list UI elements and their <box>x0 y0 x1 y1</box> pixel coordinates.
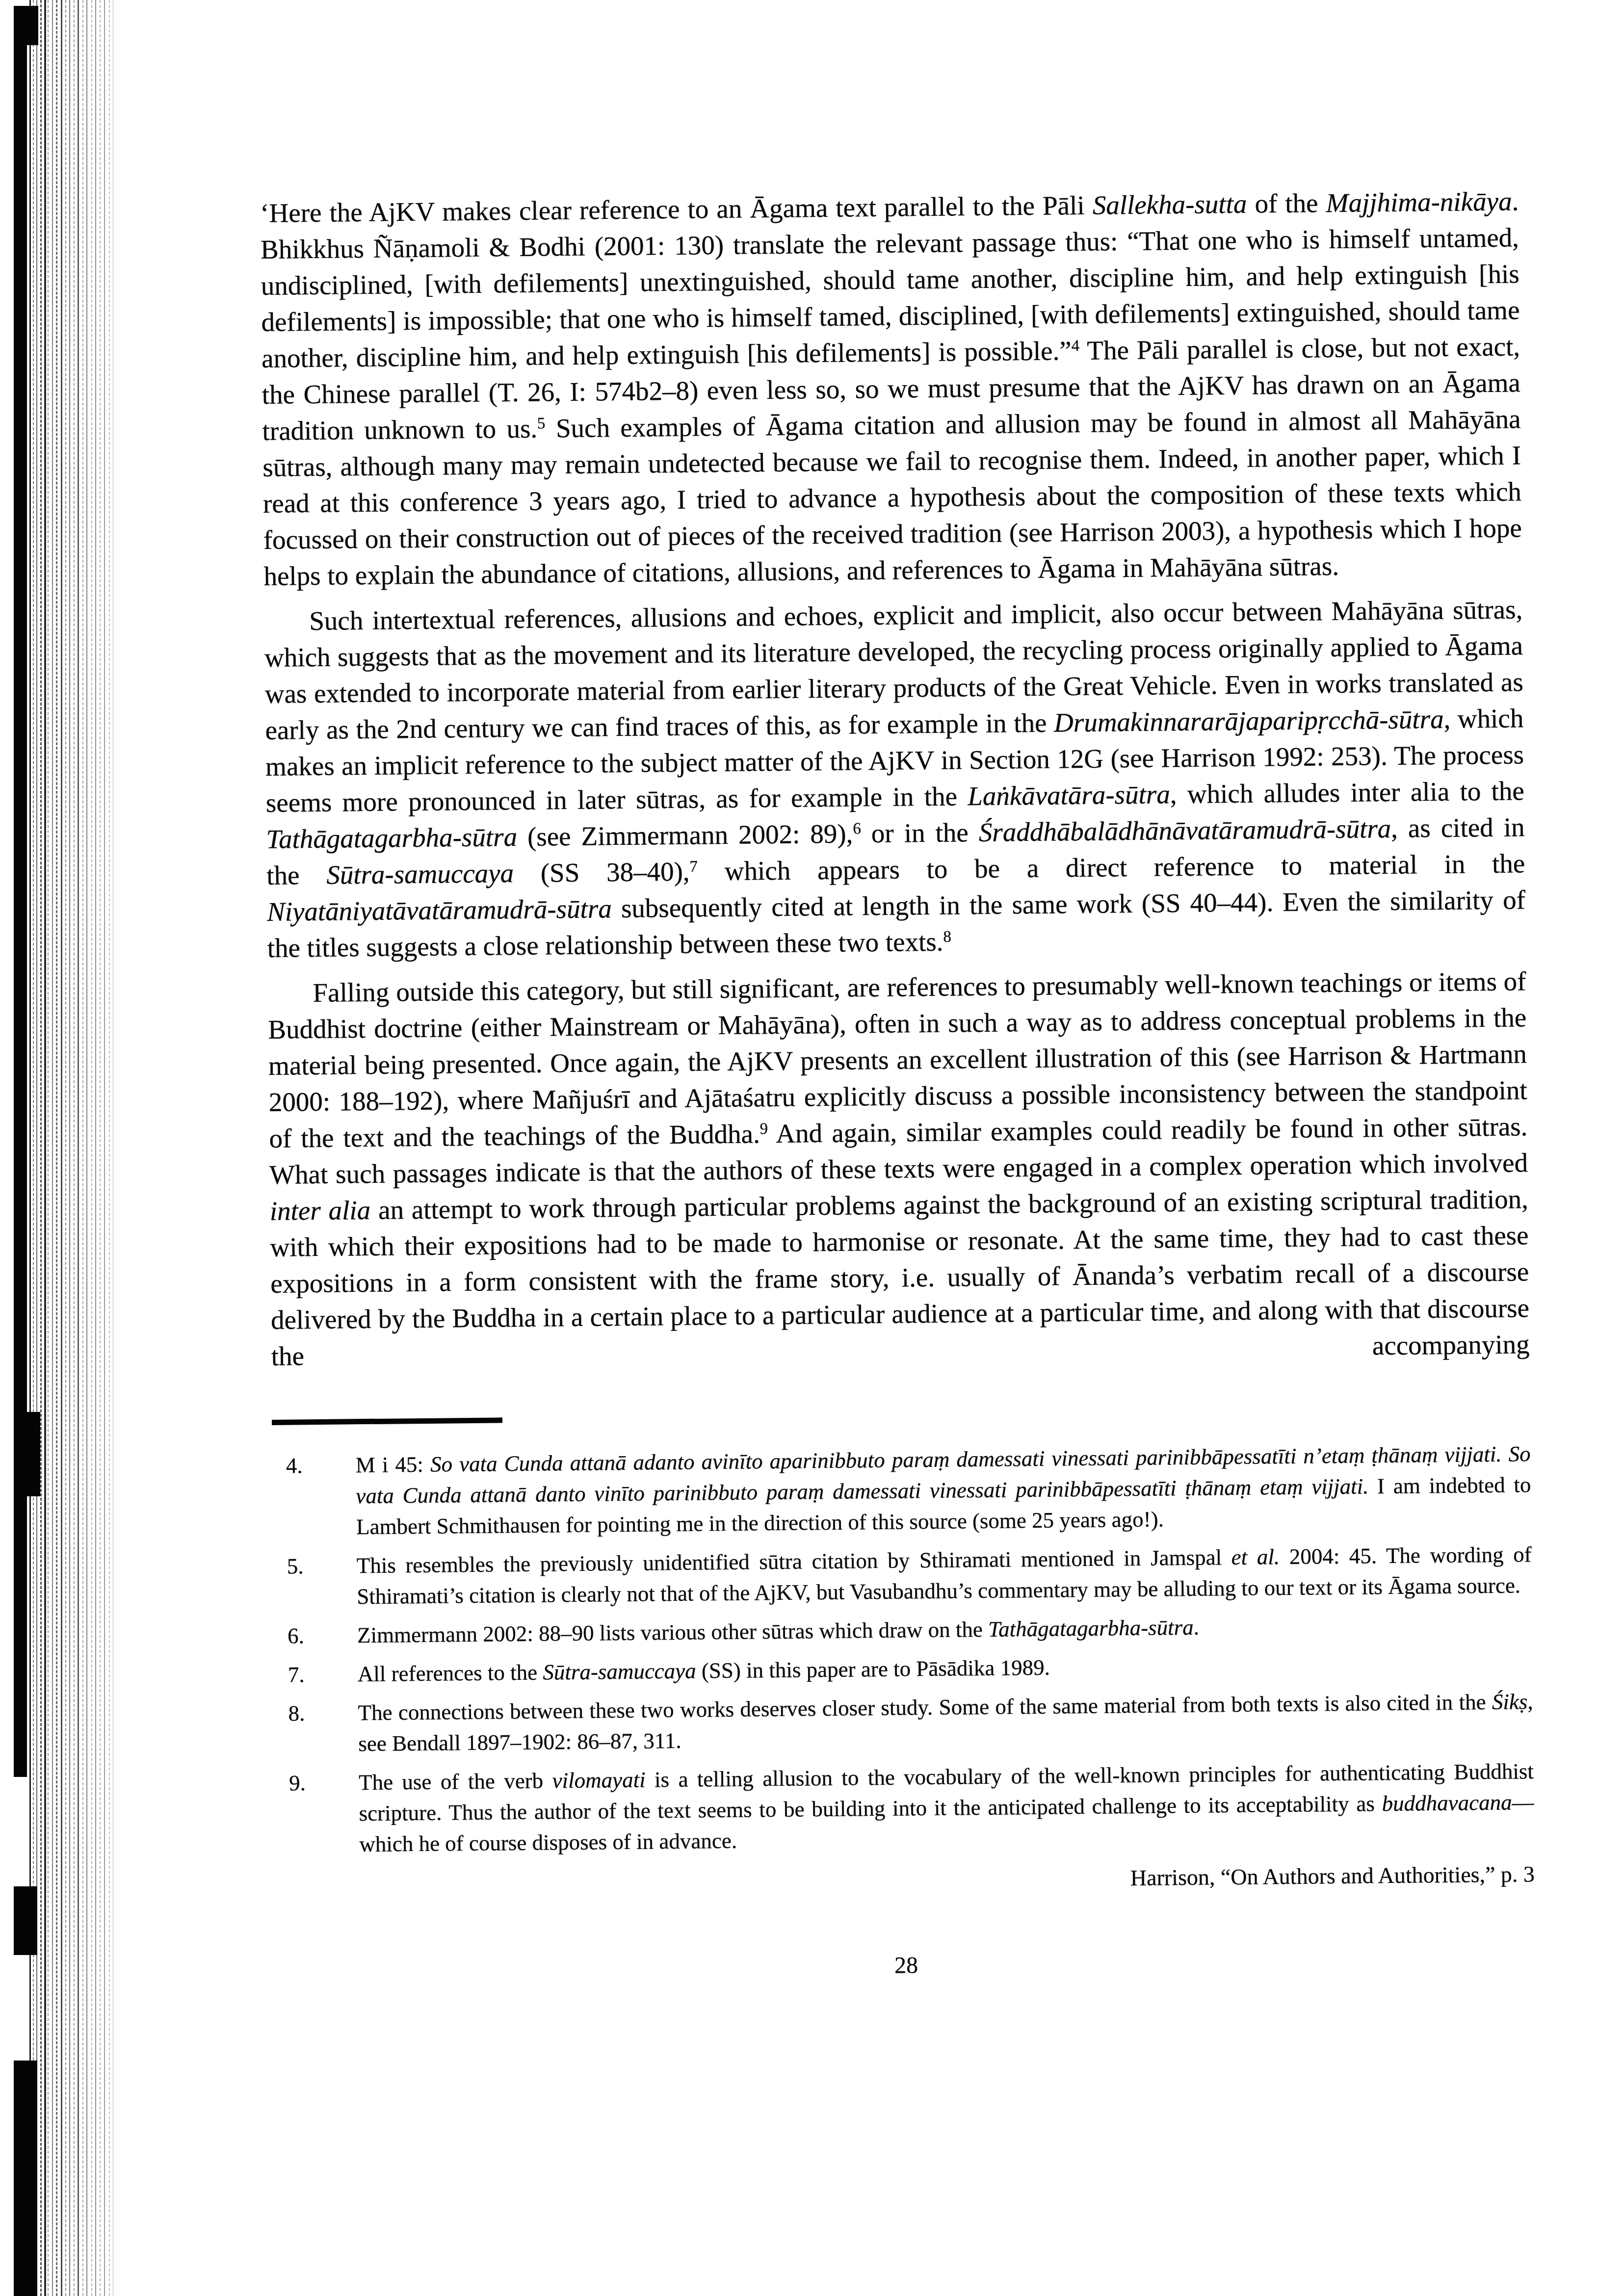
footnote-text: This resembles the previously unidentifi… <box>357 1539 1532 1612</box>
footnote: 5.This resembles the previously unidenti… <box>273 1539 1532 1613</box>
text-run: Sūtra-samuccaya <box>326 858 514 890</box>
footnote: 7.All references to the Sūtra-samuccaya … <box>274 1647 1533 1691</box>
footnote: 9.The use of the verb vilomayati is a te… <box>275 1756 1535 1861</box>
scan-streak <box>33 0 34 2296</box>
footnote: 4.M i 45: So vata Cunda attanā adanto av… <box>272 1438 1532 1543</box>
footnote-number: 6. <box>274 1620 358 1652</box>
footnote-ref: 6 <box>853 820 861 837</box>
text-run: Tathāgatagarbha-sūtra <box>988 1615 1194 1642</box>
text-run: (SS) in this paper are to Pāsādika 1989. <box>696 1655 1050 1683</box>
scan-streak <box>44 0 46 2296</box>
scan-streak <box>91 0 92 2296</box>
footnote-ref: 4 <box>1072 337 1080 355</box>
text-run: or in the <box>861 817 979 848</box>
footnote-text: The use of the verb vilomayati is a tell… <box>359 1756 1535 1860</box>
scan-streak <box>78 0 79 2296</box>
paragraph: Such intertextual references, allusions … <box>264 591 1526 966</box>
text-run: Niyatāniyatāvatāramudrā-sūtra <box>267 893 612 927</box>
text-run: an attempt to work through particular pr… <box>270 1184 1530 1371</box>
scan-streak <box>113 0 113 2296</box>
text-run: vilomayati <box>552 1768 645 1793</box>
text-run: Laṅkāvatāra-sūtra <box>968 779 1170 811</box>
footnote-ref: 9 <box>760 1120 768 1138</box>
text-run: The use of the verb <box>359 1768 552 1795</box>
footnote-number: 7. <box>274 1659 358 1691</box>
text-run: Śikṣ <box>1492 1689 1528 1714</box>
text-run: (see Zimmermann 2002: 89), <box>517 818 853 852</box>
text-run: Majjhima-nikāya <box>1326 186 1512 218</box>
footnotes: 4.M i 45: So vata Cunda attanā adanto av… <box>272 1438 1535 1861</box>
scanned-page: ‘Here the AjKV makes clear reference to … <box>0 0 1624 2296</box>
scan-streak <box>104 0 105 2296</box>
scan-streak <box>61 0 62 2296</box>
scan-streak <box>52 0 53 2296</box>
footnote-text: All references to the Sūtra-samuccaya (S… <box>358 1647 1533 1690</box>
scan-streak <box>74 0 75 2296</box>
text-run: M i 45: <box>356 1452 431 1477</box>
paragraph: Falling outside this category, but still… <box>267 963 1530 1375</box>
text-run: et al. <box>1231 1544 1280 1569</box>
text-run: Sūtra-samuccaya <box>543 1659 696 1685</box>
scan-streak <box>40 0 42 2296</box>
body-text: ‘Here the AjKV makes clear reference to … <box>260 183 1530 1375</box>
text-run: The connections between these two works … <box>358 1690 1492 1725</box>
footnote-number: 9. <box>275 1767 360 1861</box>
text-run: Drumakinnararājaparipṛcchā-sūtra <box>1054 704 1444 738</box>
scan-edge-artifacts <box>0 0 123 2296</box>
text-run: buddhavacana <box>1382 1790 1512 1816</box>
text-run: which appears to be a direct reference t… <box>698 848 1525 886</box>
scan-streak <box>65 0 66 2296</box>
page-number: 28 <box>277 1946 1535 1985</box>
scan-streak <box>56 0 57 2296</box>
footnote-ref: 7 <box>689 858 698 875</box>
text-run: (SS 38–40), <box>514 857 690 888</box>
text-run: All references to the <box>358 1660 543 1687</box>
text-run: ‘Here the AjKV makes clear reference to … <box>260 190 1093 228</box>
scan-streak <box>86 0 87 2296</box>
footnote: 8.The connections between these two work… <box>274 1686 1533 1760</box>
footnote-number: 5. <box>273 1550 357 1613</box>
text-run: Zimmermann 2002: 88–90 lists various oth… <box>357 1617 988 1647</box>
footnote-text: M i 45: So vata Cunda attanā adanto avin… <box>356 1438 1532 1542</box>
binding-blob-top <box>14 6 38 45</box>
paragraph: ‘Here the AjKV makes clear reference to … <box>260 183 1522 595</box>
scan-streak <box>36 0 37 2296</box>
binding-bar <box>14 6 27 1777</box>
footnote-ref: 5 <box>537 415 546 432</box>
scan-streak <box>109 0 110 2296</box>
footnote-separator <box>272 1417 502 1425</box>
running-attribution: Harrison, “On Authors and Authorities,” … <box>276 1859 1535 1901</box>
scan-streak <box>82 0 83 2296</box>
scan-streak <box>29 0 31 2296</box>
scan-streak <box>48 0 49 2296</box>
footnote: 6.Zimmermann 2002: 88–90 lists various o… <box>274 1609 1532 1652</box>
text-run: This resembles the previously unidentifi… <box>357 1545 1231 1578</box>
text-run: Śraddhābalādhānāvatāramudrā-sūtra <box>979 813 1391 847</box>
text-layer: ‘Here the AjKV makes clear reference to … <box>260 183 1536 1984</box>
footnote-number: 4. <box>272 1450 357 1543</box>
footnote-text: The connections between these two works … <box>358 1686 1533 1759</box>
scan-streak <box>69 0 70 2296</box>
text-run: inter alia <box>270 1195 371 1226</box>
scan-streak <box>100 0 101 2296</box>
text-run: So vata Cunda attanā adanto avinīto apar… <box>356 1441 1531 1508</box>
footnote-ref: 8 <box>943 928 951 945</box>
text-run: , which alludes inter alia to the <box>1170 776 1524 809</box>
text-run: Sallekha-sutta <box>1092 189 1247 220</box>
text-run: . <box>1193 1615 1199 1640</box>
footnote-text: Zimmermann 2002: 88–90 lists various oth… <box>357 1609 1532 1651</box>
text-run: of the <box>1247 188 1326 219</box>
scan-streak <box>95 0 96 2296</box>
footnote-number: 8. <box>274 1697 358 1760</box>
text-run: Tathāgatagarbha-sūtra <box>266 822 517 854</box>
